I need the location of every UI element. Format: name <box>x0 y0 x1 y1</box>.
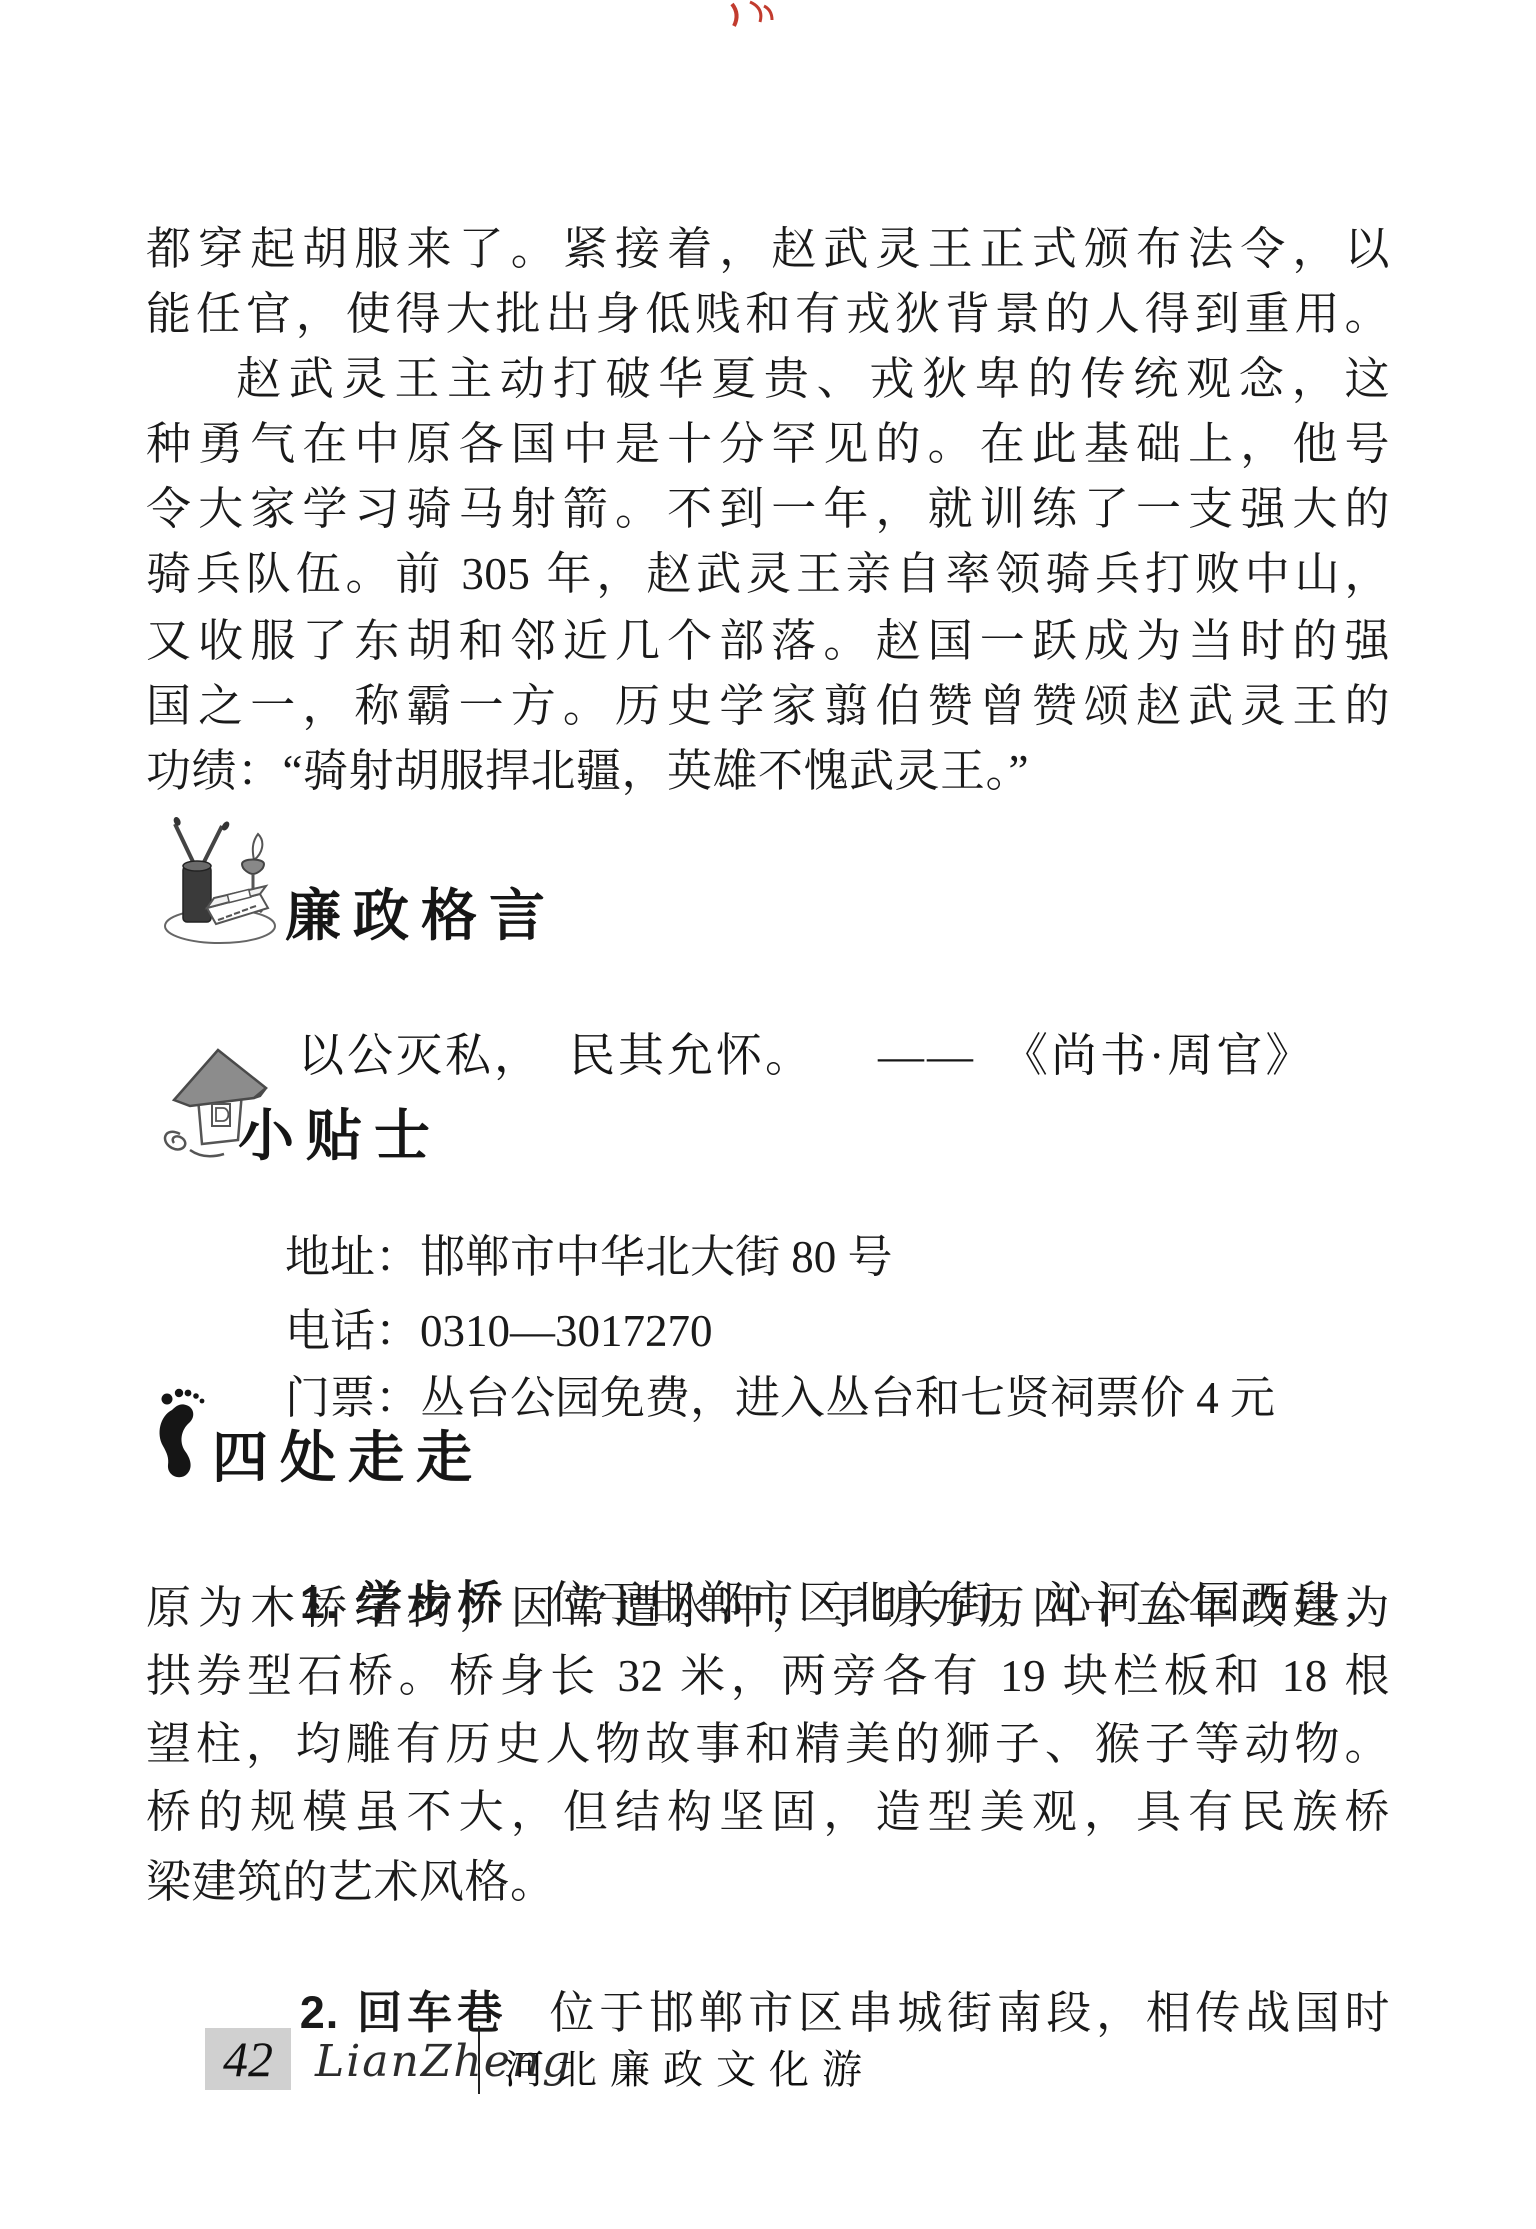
motto-section-heading: 廉政格言 <box>285 872 557 952</box>
body-text-line: 国之一，称霸一方。历史学家翦伯赞曾赞颂赵武灵王的 <box>146 675 1390 738</box>
spot-text-line: 原为木桥结构，因常遭水冲，于明万历四十五年改建为 <box>146 1577 1390 1640</box>
footprint-icon <box>150 1386 216 1482</box>
spot-first-line-text: 位于邯郸市区串城街南段，相传战国时 <box>550 1988 1390 2038</box>
page-number: 42 <box>223 2030 273 2088</box>
motto-quote-source: —— 《尚书·周官》 <box>878 1030 1314 1081</box>
spot-number-name: 2. 回车巷 <box>300 1987 508 2038</box>
spot-text-line: 拱券型石桥。桥身长 32 米，两旁各有 19 块栏板和 18 根 <box>146 1645 1390 1708</box>
body-text-line: 种勇气在中原各国中是十分罕见的。在此基础上，他号 <box>146 413 1390 476</box>
body-text-line: 又收服了东胡和邻近几个部落。赵国一跃成为当时的强 <box>146 610 1390 673</box>
spot-text-line: 桥的规模虽不大，但结构坚固，造型美观，具有民族桥 <box>146 1781 1390 1844</box>
spot-text-line: 望柱，均雕有历史人物故事和精美的狮子、猴子等动物。 <box>146 1713 1390 1776</box>
body-text-line: 能任官，使得大批出身低贱和有戎狄背景的人得到重用。 <box>146 283 1390 346</box>
tips-section-heading: 小贴士 <box>238 1092 442 1172</box>
body-text-line: 骑兵队伍。前 305 年，赵武灵王亲自率领骑兵打败中山， <box>146 543 1390 606</box>
book-page: 都穿起胡服来了。紧接着，赵武灵王正式颁布法令，以 能任官，使得大批出身低贱和有戎… <box>0 0 1536 2229</box>
body-text-line: 功绩：“骑射胡服捍北疆，英雄不愧武灵王。” <box>146 740 1390 803</box>
page-number-box: 42 <box>205 2028 291 2090</box>
body-text-line: 令大家学习骑马射箭。不到一年，就训练了一支强大的 <box>146 478 1390 541</box>
tip-ticket-value: 丛台公园免费，进入丛台和七贤祠票价 4 元 <box>420 1373 1275 1423</box>
red-scan-artifact <box>726 0 778 30</box>
book-title: 河北廉政文化游 <box>504 2038 875 2095</box>
walk-section-heading: 四处走走 <box>212 1414 484 1494</box>
motto-quote-text: 以公灭私， 民其允怀。 <box>298 1030 814 1081</box>
spot-text-line: 梁建筑的艺术风格。 <box>146 1851 1390 1914</box>
body-text-line: 赵武灵王主动打破华夏贵、戎狄卑的传统观念，这 <box>236 348 1390 411</box>
body-text-line: 都穿起胡服来了。紧接着，赵武灵王正式颁布法令，以 <box>146 218 1390 281</box>
brush-pot-icon <box>162 816 282 948</box>
footer-divider <box>478 2026 480 2094</box>
